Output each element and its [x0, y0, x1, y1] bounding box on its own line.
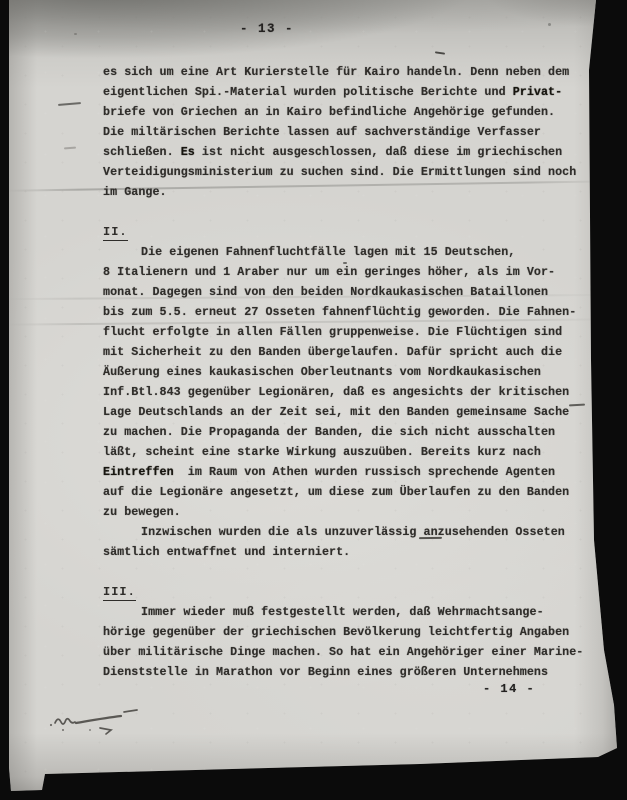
text-line: Lage Deutschlands an der Zeit sei, mit d…: [103, 402, 589, 422]
text-line: hörige gegenüber der griechischen Bevölk…: [103, 622, 589, 642]
page-edge-shading-bottom: [0, 733, 627, 800]
scanned-document-viewer: - 13 - es sich um eine Art Kurierstelle …: [0, 0, 627, 800]
text-line: bis zum 5.5. erneut 27 Osseten fahnenflü…: [103, 302, 589, 322]
document-text: es sich um eine Art Kurierstelle für Kai…: [103, 62, 589, 682]
section-heading: II.: [103, 222, 589, 242]
text-line: Verteidigungsministerium zu suchen sind.…: [103, 162, 589, 182]
text-line: eigentlichen Spi.-Material wurden politi…: [103, 82, 589, 102]
text-line: über militärische Dinge machen. So hat e…: [103, 642, 589, 662]
paragraph: Immer wieder muß festgestellt werden, da…: [103, 602, 589, 682]
text-line: im Gange.: [103, 182, 589, 202]
text-line: monat. Dagegen sind von den beiden Nordk…: [103, 282, 589, 302]
pencil-scribble: [42, 703, 152, 745]
text-line: briefe von Griechen an in Kairo befindli…: [103, 102, 589, 122]
paragraph: Die eigenen Fahnenfluchtfälle lagen mit …: [103, 242, 589, 562]
text-line: Die eigenen Fahnenfluchtfälle lagen mit …: [103, 242, 589, 262]
page-edge-shading-left: [9, 0, 37, 800]
paragraph: es sich um eine Art Kurierstelle für Kai…: [103, 62, 589, 202]
text-line: 8 Italienern und 1 Araber nur um ein ger…: [103, 262, 589, 282]
text-line: Äußerung eines kaukasischen Oberleutnant…: [103, 362, 589, 382]
text-line: zu bewegen.: [103, 502, 589, 522]
document-page: - 13 - es sich um eine Art Kurierstelle …: [0, 0, 627, 800]
text-line: Eintreffen im Raum von Athen wurden russ…: [103, 462, 589, 482]
pencil-margin-dash: [58, 102, 81, 106]
section-heading: III.: [103, 582, 589, 602]
text-line: Inf.Btl.843 gegenüber Legionären, daß es…: [103, 382, 589, 402]
paper-speck: [74, 33, 77, 35]
text-line: Die miltärischen Berichte lassen auf sac…: [103, 122, 589, 142]
text-line: es sich um eine Art Kurierstelle für Kai…: [103, 62, 589, 82]
text-line: auf die Legionäre angesetzt, um diese zu…: [103, 482, 589, 502]
paper-speck: [548, 23, 551, 26]
text-line: Dienststelle in Marathon vor Beginn eine…: [103, 662, 589, 682]
text-line: Immer wieder muß festgestellt werden, da…: [103, 602, 589, 622]
text-line: flucht erfolgte in allen Fällen gruppenw…: [103, 322, 589, 342]
text-line: schließen. Es ist nicht ausgeschlossen, …: [103, 142, 589, 162]
text-line: Inzwischen wurden die als unzuverlässig …: [103, 522, 589, 542]
pencil-smudge: [64, 147, 76, 150]
text-line: zu machen. Die Propaganda der Banden, di…: [103, 422, 589, 442]
text-line: sämtlich entwaffnet und interniert.: [103, 542, 589, 562]
page-number-bottom: - 14 -: [483, 682, 535, 696]
text-line: läßt, scheint eine starke Wirkung auszuü…: [103, 442, 589, 462]
stray-ink-tick: [435, 51, 445, 54]
text-line: mit Sicherheit zu den Banden übergelaufe…: [103, 342, 589, 362]
page-number-top: - 13 -: [240, 22, 294, 36]
